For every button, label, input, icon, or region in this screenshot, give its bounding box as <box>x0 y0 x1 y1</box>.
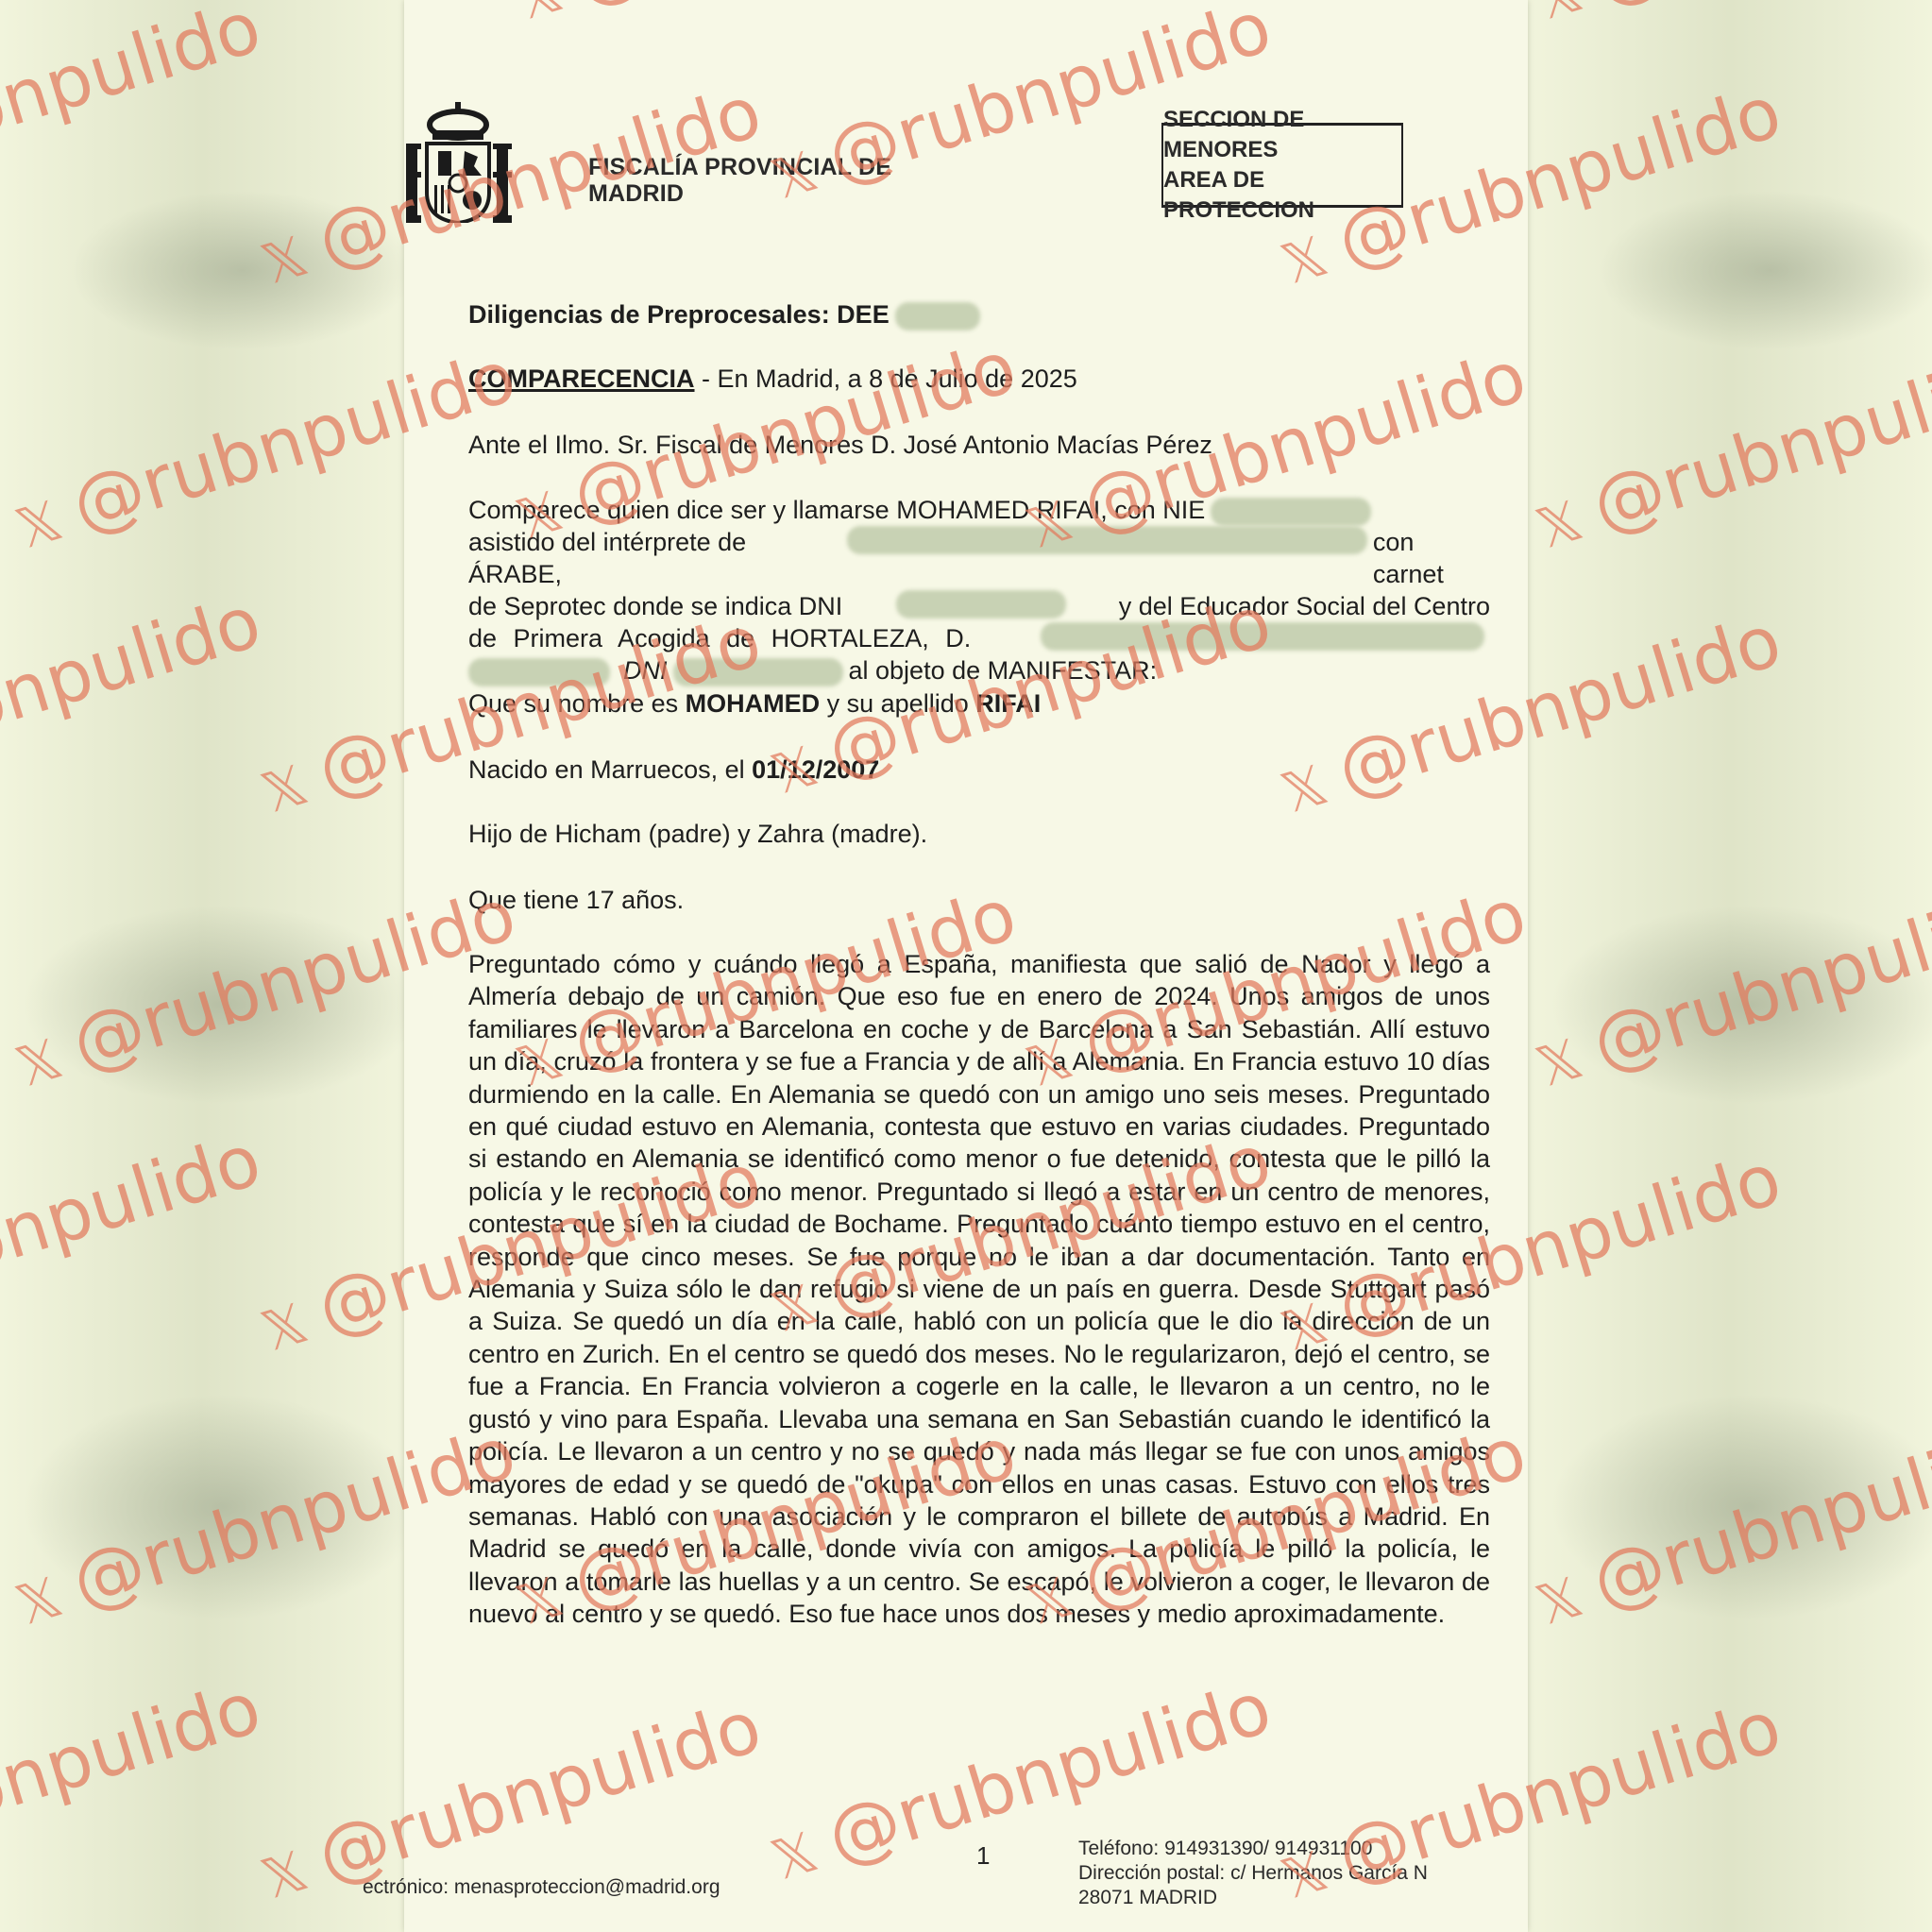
footer-city: 28071 MADRID <box>1078 1886 1428 1910</box>
appearance-text-4: de Seprotec donde se indica DNI <box>468 590 842 622</box>
redacted-case-number <box>895 302 980 330</box>
footer-phone: Teléfono: 914931390/ 914931100 <box>1078 1837 1428 1861</box>
redacted-educator-name <box>1041 622 1484 651</box>
document-title-line: COMPARECENCIA - En Madrid, a 8 de Julio … <box>468 363 1490 395</box>
page-number: 1 <box>976 1841 990 1871</box>
organization-name: FISCALÍA PROVINCIAL DE MADRID <box>588 154 891 207</box>
statement-paragraph: Preguntado cómo y cuándo llegó a España,… <box>468 948 1490 1631</box>
spain-coat-of-arms-icon <box>406 102 512 223</box>
surname: RIFAI <box>975 689 1041 718</box>
redacted-nie <box>1211 498 1371 526</box>
document-page: FISCALÍA PROVINCIAL DE MADRID SECCION DE… <box>404 0 1528 1932</box>
age-line: Que tiene 17 años. <box>468 884 1490 916</box>
blurred-background-left <box>0 0 404 1932</box>
parents-line: Hijo de Hicham (padre) y Zahra (madre). <box>468 818 1490 850</box>
section-line-2: AREA DE PROTECCION <box>1163 165 1401 226</box>
appearance-text-5: y del Educador Social del Centro <box>1119 590 1490 622</box>
appearance-paragraph: Comparece quien dice ser y llamarse MOHA… <box>468 494 1490 686</box>
document-date: - En Madrid, a 8 de Julio de 2025 <box>695 364 1077 393</box>
footer-email: ectrónico: menasproteccion@madrid.org <box>363 1875 720 1900</box>
redacted-interpreter-name <box>847 526 1367 554</box>
document-title: COMPARECENCIA <box>468 364 695 393</box>
name-line: Que su nombre es MOHAMED y su apellido R… <box>468 687 1490 720</box>
appearance-text-3: con carnet <box>1373 526 1490 590</box>
appearance-text-7: DNI <box>623 656 668 685</box>
birth-line: Nacido en Marruecos, el 01/12/2007 <box>468 754 1490 786</box>
redacted-educator-dni <box>673 658 843 686</box>
blurred-background-right <box>1528 0 1932 1932</box>
redacted-interpreter-dni <box>896 590 1066 619</box>
first-name: MOHAMED <box>686 689 821 718</box>
section-line-1: SECCION DE MENORES <box>1163 105 1401 165</box>
birth-line-text: Nacido en Marruecos, el <box>468 755 752 784</box>
section-stamp: SECCION DE MENORES AREA DE PROTECCION <box>1161 123 1403 208</box>
birth-date: 01/12/2007 <box>752 755 879 784</box>
footer-contact: Teléfono: 914931390/ 914931100 Dirección… <box>1078 1837 1428 1910</box>
proceedings-label: Diligencias de Preprocesales: DEE <box>468 300 890 329</box>
footer-address: Dirección postal: c/ Hermanos García N <box>1078 1861 1428 1886</box>
appearance-text-2: asistido del intérprete de ÁRABE, <box>468 526 841 590</box>
name-line-text: Que su nombre es <box>468 689 686 718</box>
appearance-text-1: Comparece quien dice ser y llamarse MOHA… <box>468 496 1205 524</box>
prosecutor-line: Ante el Ilmo. Sr. Fiscal de Menores D. J… <box>468 429 1490 461</box>
name-line-text-2: y su apellido <box>820 689 975 718</box>
organization-line-2: MADRID <box>588 180 891 207</box>
redacted-educator-surname <box>468 658 610 686</box>
organization-line-1: FISCALÍA PROVINCIAL DE <box>588 154 891 180</box>
proceedings-reference: Diligencias de Preprocesales: DEE <box>468 298 1490 330</box>
appearance-text-8: al objeto de MANIFESTAR: <box>849 656 1158 685</box>
appearance-text-6: de Primera Acogida de HORTALEZA, D. <box>468 622 971 654</box>
